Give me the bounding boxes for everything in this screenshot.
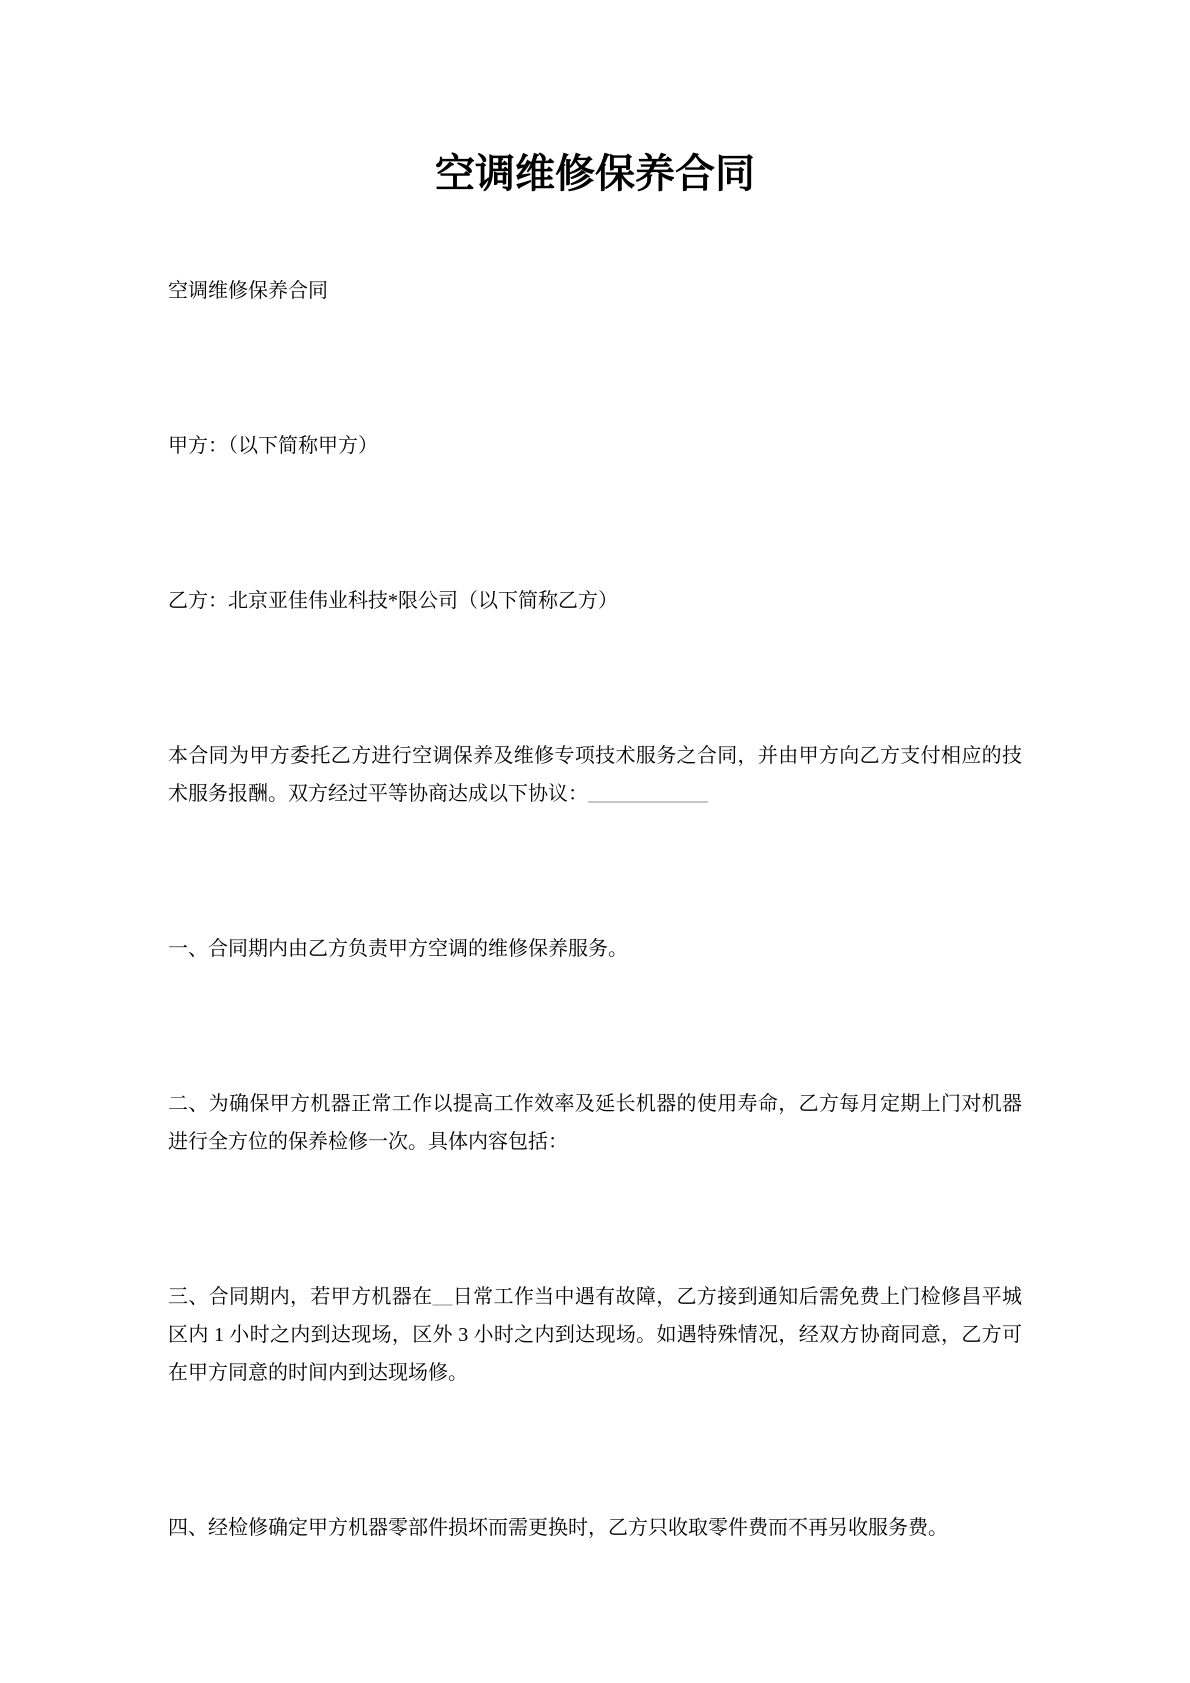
paragraph-party-b: 乙方：北京亚佳伟业科技*限公司（以下简称乙方）	[168, 582, 1022, 620]
document-title: 空调维修保养合同	[168, 148, 1022, 200]
clause-3-text-before: 三、合同期内，若甲方机器在	[168, 1286, 432, 1308]
paragraph-intro: 本合同为甲方委托乙方进行空调保养及维修专项技术服务之合同，并由甲方向乙方支付相应…	[168, 737, 1022, 813]
paragraph-clause-2: 二、为确保甲方机器正常工作以提高工作效率及延长机器的使用寿命，乙方每月定期上门对…	[168, 1085, 1022, 1161]
paragraph-clause-3: 三、合同期内，若甲方机器在__日常工作当中遇有故障，乙方接到通知后需免费上门检修…	[168, 1278, 1022, 1392]
paragraph-clause-4: 四、经检修确定甲方机器零部件损坏而需更换时，乙方只收取零件费而不再另收服务费。	[168, 1509, 1022, 1547]
document-page: 空调维修保养合同 空调维修保养合同 甲方：（以下简称甲方） 乙方：北京亚佳伟业科…	[0, 0, 1190, 1683]
blank-fill-short: __	[432, 1286, 452, 1308]
paragraph-clause-1: 一、合同期内由乙方负责甲方空调的维修保养服务。	[168, 930, 1022, 968]
paragraph-party-a: 甲方：（以下简称甲方）	[168, 427, 1022, 465]
paragraph-subtitle: 空调维修保养合同	[168, 272, 1022, 310]
blank-fill-line: ____________	[588, 783, 708, 805]
